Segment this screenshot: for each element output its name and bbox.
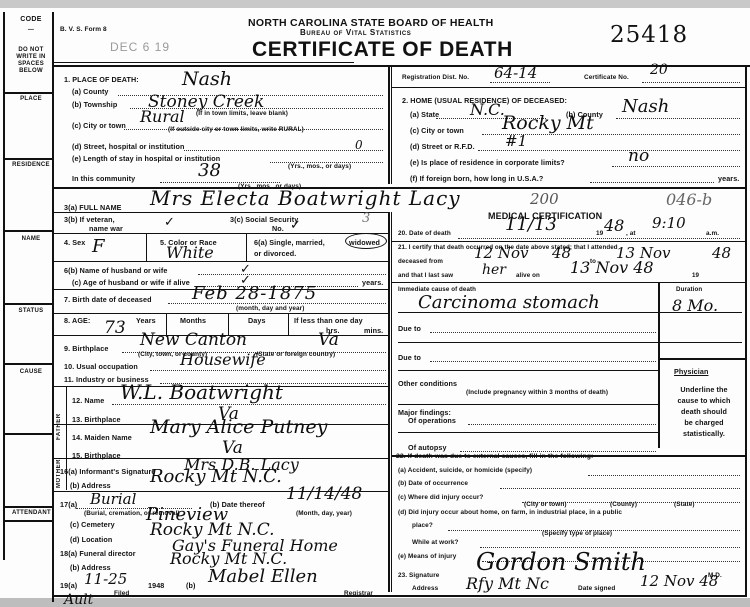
res-street-label: (d) Street or R.F.D. — [410, 142, 475, 151]
birth-date-note: (month, day and year) — [236, 305, 305, 312]
place-of-death-heading: 1. PLACE OF DEATH: — [64, 75, 139, 84]
injury-place-label-2: place? — [412, 522, 433, 529]
full-name-label: 3(a) FULL NAME — [64, 203, 122, 212]
death-city-value: Rural — [140, 107, 185, 126]
autopsy-label: Of autopsy — [408, 443, 447, 452]
veteran-value: ✓ — [164, 215, 175, 230]
disposal-date-value: 11/14/48 — [286, 484, 362, 504]
mother-name-label: 14. Maiden Name — [72, 433, 132, 442]
ss-label: 3(c) Social Security — [230, 215, 298, 224]
location-label: (d) Location — [70, 535, 112, 544]
age-label: 8. AGE: — [64, 316, 90, 325]
physician-note-line: statistically. — [664, 428, 744, 439]
res-county-value: Nash — [622, 96, 669, 117]
physician-note-line: cause to which — [664, 395, 744, 406]
code-section-status: STATUS — [12, 308, 50, 315]
operations-label: Of operations — [408, 416, 456, 425]
mother-name-value: Mary Alice Putney — [150, 416, 327, 438]
res-state-label: (a) State — [410, 110, 439, 119]
cert-no-value: 20 — [650, 62, 668, 78]
last-seen-year-prefix: 19 — [692, 272, 699, 279]
widowed-circle-mark — [345, 233, 387, 249]
birth-date-value: Feb 28-1875 — [192, 283, 317, 304]
ss-label-2: No. — [272, 224, 284, 233]
res-foreign-units: years. — [718, 174, 739, 183]
injury-place-note: (Specify type of place) — [542, 530, 612, 537]
scan-edge-bottom — [0, 598, 750, 607]
occupation-label: 10. Usual occupation — [64, 362, 138, 371]
code-section-place: PLACE — [12, 96, 50, 103]
attended-from-label: deceased from — [398, 258, 443, 265]
birth-date-label: 7. Birth date of deceased — [64, 295, 152, 304]
external-causes-heading: 22. If death was due to external causes,… — [396, 453, 593, 460]
due-to-1-label: Due to — [398, 324, 421, 333]
ampm-label: a.m. — [706, 230, 719, 237]
ss-value: ✓ — [290, 218, 301, 233]
physician-title: Physician — [674, 367, 708, 376]
res-corporate-value: no — [628, 146, 649, 166]
death-time-value: 9:10 — [652, 214, 686, 232]
res-state-value: N.C. — [470, 100, 505, 119]
street-label: (d) Street, hospital or institution — [72, 142, 185, 151]
page-title: CERTIFICATE OF DEATH — [252, 38, 513, 62]
res-corporate-label: (e) Is place of residence in corporate l… — [410, 158, 565, 167]
duration-label: Duration — [676, 286, 702, 293]
code-column-divider — [52, 12, 54, 602]
disposal-date-note: (Month, day, year) — [296, 510, 352, 517]
attended-from-value: 12 Nov — [474, 244, 529, 262]
physician-signature-label: 23. Signature — [398, 572, 439, 579]
form-id: B. V. S. Form 8 — [60, 26, 107, 33]
res-city-value: Rocky Mt — [502, 112, 594, 134]
injury-county-note: (County) — [610, 501, 637, 508]
bureau-name: Bureau of Vital Statistics — [300, 28, 411, 37]
last-seen-pronoun: her — [482, 262, 506, 278]
mins-label: mins. — [364, 326, 383, 335]
registrar-value: Mabel Ellen — [208, 566, 318, 587]
physician-address-label: Address — [412, 585, 438, 592]
alive-on-label: alive on — [516, 272, 540, 279]
birthplace-city-value: New Canton — [140, 330, 247, 350]
injury-location-label: (c) Where did injury occur? — [398, 494, 483, 501]
code-dash: — — [12, 27, 50, 34]
city-note: (If outside city or town limits, write R… — [168, 126, 304, 133]
days-label: Days — [248, 316, 266, 325]
registrar-label: (b) — [186, 581, 195, 590]
scan-edge-top — [0, 0, 750, 8]
funeral-director-label: 18(a) Funeral director — [60, 549, 136, 558]
birthplace-state-value: Va — [318, 330, 339, 350]
sex-value: F — [92, 236, 105, 257]
other-conditions-label: Other conditions — [398, 379, 457, 388]
years-label: Years — [136, 316, 156, 325]
last-seen-label: and that I last saw — [398, 272, 453, 279]
informant-address-label: (b) Address — [70, 481, 111, 490]
section-divider-top — [388, 66, 390, 184]
occurrence-date-label: (b) Date of occurrence — [398, 480, 468, 487]
sex-label: 4. Sex — [64, 238, 85, 247]
less-than-day-label: If less than one day — [294, 316, 363, 325]
accident-label: (a) Accident, suicide, or homicide (spec… — [398, 467, 532, 474]
code-title: CODE — [12, 16, 50, 23]
name-code: 200 — [530, 190, 559, 208]
county-label: (a) County — [72, 87, 109, 96]
physician-note-line: Underline the — [664, 384, 744, 395]
code-section-residence: RESIDENCE — [12, 162, 50, 169]
father-name-value: W.L. Boatwright — [120, 380, 283, 404]
last-seen-value: 13 Nov 48 — [570, 258, 654, 277]
birthplace-state-note: (State or foreign country) — [256, 351, 335, 358]
physician-note-line: be charged — [664, 417, 744, 428]
marital-label: 6(a) Single, married, — [254, 238, 325, 247]
code-section-attendant: ATTENDANT — [12, 510, 50, 517]
section-divider-main — [388, 212, 390, 592]
informant-sig-label: 16(a) Informant's Signature — [60, 467, 155, 476]
while-at-work-label: While at work? — [412, 539, 459, 546]
due-to-2-label: Due to — [398, 353, 421, 362]
mother-side-label: MOTHER — [56, 442, 62, 488]
months-label: Months — [180, 316, 206, 325]
death-street-value: 0 — [355, 138, 363, 152]
physician-note-line: death should — [664, 406, 744, 417]
attended-from-year: 48 — [552, 244, 571, 262]
means-of-injury-label: (e) Means of injury — [398, 553, 456, 560]
death-year-prefix: 19 — [596, 230, 603, 237]
code-section-cause: CAUSE — [12, 369, 50, 376]
res-foreign-label: (f) If foreign born, how long in U.S.A.? — [410, 174, 543, 183]
date-signed-label: Date signed — [578, 585, 615, 592]
death-year-value: 48 — [604, 216, 624, 235]
injury-place-label: (d) Did injury occur about home, on farm… — [398, 509, 622, 516]
border-left — [3, 12, 5, 560]
death-date-value: 11/13 — [505, 214, 557, 235]
township-note: (If in town limits, leave blank) — [196, 110, 288, 117]
birthplace-label: 9. Birthplace — [64, 344, 108, 353]
community-value: 38 — [198, 160, 221, 181]
injury-city-note: (City or town) — [524, 501, 567, 508]
res-city-label: (c) City or town — [410, 126, 464, 135]
filed-date-value: 11-25 — [84, 570, 127, 588]
father-name-label: 12. Name — [72, 396, 104, 405]
physician-address-value: Rfy Mt Nc — [466, 574, 549, 593]
reg-dist-value: 64-14 — [494, 64, 537, 82]
veteran-label-2: name war — [89, 224, 123, 233]
spouse-label: 6(b) Name of husband or wife — [64, 266, 167, 275]
ss-code: 3 — [362, 211, 370, 226]
full-name-value: Mrs Electa Boatwright Lacy — [150, 186, 461, 210]
cemetery-label: (c) Cemetery — [70, 520, 115, 529]
disposal-value: Burial — [90, 490, 136, 508]
father-birthplace-label: 13. Birthplace — [72, 415, 121, 424]
certificate-serial: 25418 — [610, 22, 688, 48]
reg-dist-label: Registration Dist. No. — [402, 74, 469, 81]
township-label: (b) Township — [72, 100, 117, 109]
death-date-label: 20. Date of death — [398, 230, 451, 237]
filed-label: 19(a) — [60, 581, 77, 590]
received-stamp: DEC 6 19 — [110, 40, 170, 54]
code-section-name: NAME — [12, 236, 50, 243]
community-label: In this community — [72, 174, 135, 183]
spouse-age-label: (c) Age of husband or wife if alive — [72, 278, 190, 287]
father-side-label: FATHER — [56, 390, 62, 440]
veteran-label: 3(b) If veteran, — [64, 215, 115, 224]
city-label: (c) City or town — [72, 121, 126, 130]
date-signed-value: 12 Nov 48 — [640, 572, 718, 590]
attended-to-year: 48 — [712, 244, 731, 262]
at-label: , at — [626, 230, 636, 237]
disposal-label: 17(a) — [60, 500, 77, 509]
cause-value: Carcinoma stomach — [418, 292, 600, 313]
physician-note: Underline the cause to which death shoul… — [664, 384, 744, 439]
res-street-value: #1 — [505, 132, 527, 150]
filed-year: 1948 — [148, 581, 164, 590]
spouse-age-units: years. — [362, 278, 383, 287]
stay-units: (Yrs., mos., or days) — [288, 163, 351, 170]
occupation-value: Housewife — [180, 350, 266, 369]
other-conditions-note: (Include pregnancy within 3 months of de… — [466, 389, 608, 396]
informant-address-value: Rocky Mt N.C. — [150, 466, 282, 487]
physician-signature-value: Gordon Smith — [476, 548, 646, 576]
death-county-value: Nash — [182, 68, 232, 90]
cert-no-label: Certificate No. — [584, 74, 629, 81]
death-certificate: CODE — DO NOT WRITE IN SPACES BELOW PLAC… — [0, 0, 750, 607]
margin-code: 046-b — [666, 190, 712, 209]
injury-state-note: (State) — [674, 501, 695, 508]
marital-label-2: or divorced. — [254, 249, 296, 258]
race-value: White — [166, 243, 214, 262]
code-notice: DO NOT WRITE IN SPACES BELOW — [12, 47, 50, 75]
